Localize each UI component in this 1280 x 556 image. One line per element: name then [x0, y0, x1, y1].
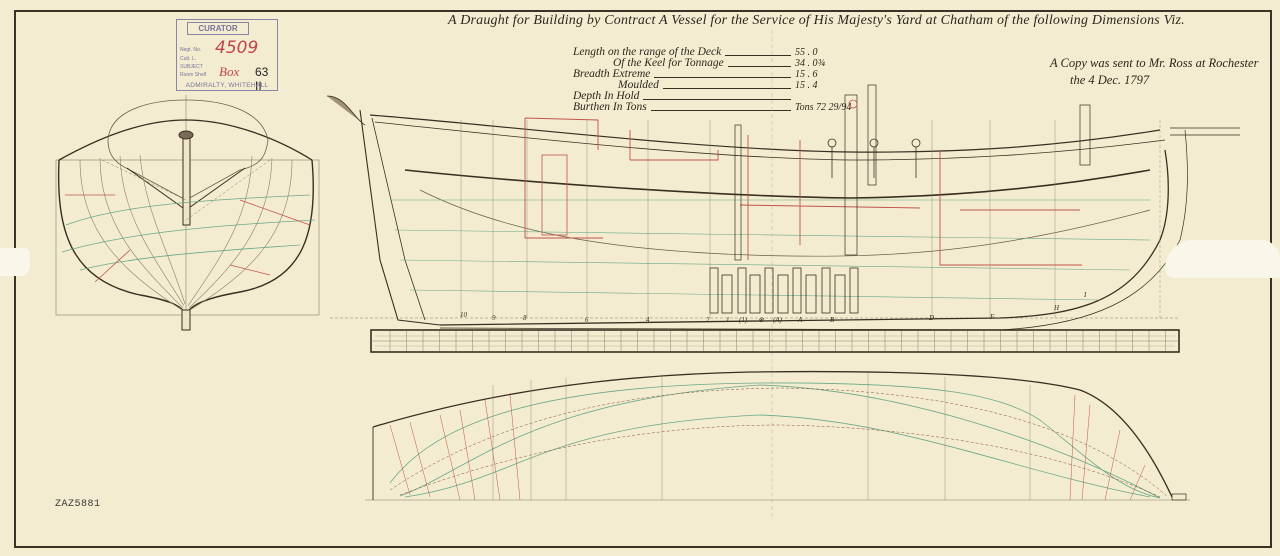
svg-text:2: 2	[706, 316, 710, 324]
draught-sheet: A Draught for Building by Contract A Ves…	[0, 0, 1280, 556]
svg-text:⊗: ⊗	[758, 316, 764, 324]
svg-text:8: 8	[523, 314, 527, 322]
scale-bar	[371, 330, 1179, 352]
svg-text:H: H	[1053, 304, 1060, 312]
svg-text:6: 6	[585, 316, 589, 324]
paper-tear	[1165, 240, 1280, 278]
ship-plans: 10 9 8 6 4 2 1 (1) ⊗ (A) A B D F H I	[0, 0, 1280, 556]
svg-text:(A): (A)	[773, 316, 783, 324]
svg-text:B: B	[830, 316, 835, 324]
svg-text:9: 9	[492, 314, 496, 322]
svg-text:F: F	[989, 313, 995, 321]
svg-text:A: A	[797, 316, 803, 324]
sheer-plan: 10 9 8 6 4 2 1 (1) ⊗ (A) A B D F H I	[327, 30, 1240, 520]
svg-text:1: 1	[726, 316, 730, 324]
station-labels: 10 9 8 6 4 2 1 (1) ⊗ (A) A B D F H I	[460, 291, 1087, 324]
paper-tear	[0, 248, 30, 276]
belaying-pins	[828, 139, 920, 178]
svg-text:I: I	[1083, 291, 1087, 299]
body-plan	[56, 95, 319, 330]
half-breadth-plan	[365, 372, 1190, 500]
svg-text:D: D	[928, 314, 934, 322]
frame-timbers	[710, 268, 858, 313]
svg-text:4: 4	[646, 316, 650, 324]
svg-text:10: 10	[460, 311, 468, 319]
svg-text:(1): (1)	[739, 316, 748, 324]
